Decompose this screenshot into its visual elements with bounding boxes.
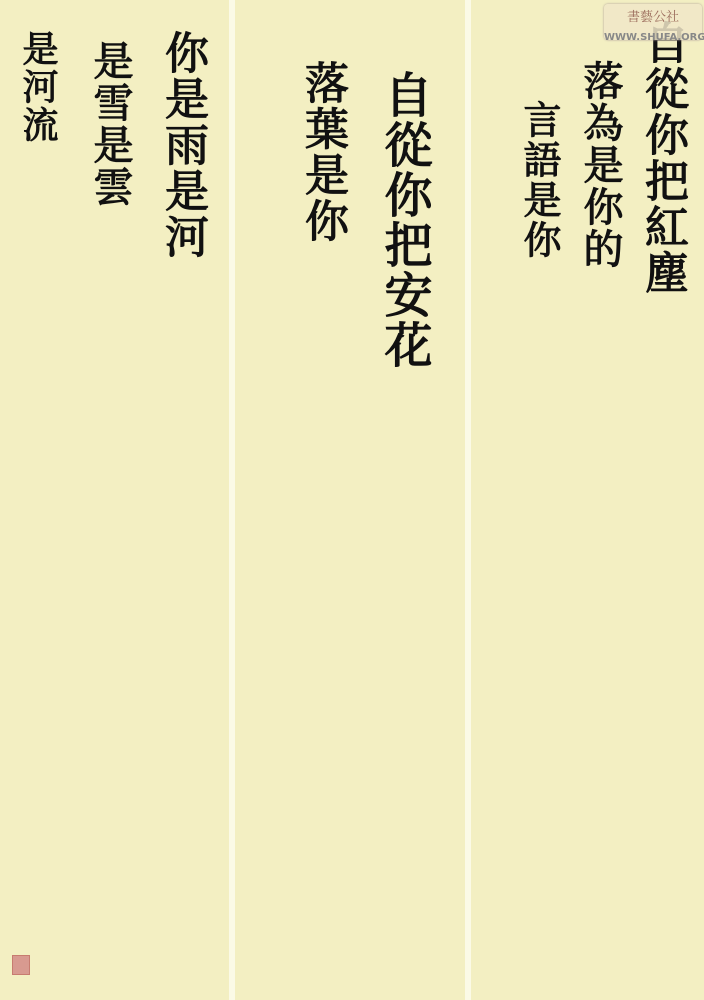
watermark-url: WWW.SHUFA.ORG [604,32,704,43]
watermark: 書藝公社 WWW.SHUFA.ORG [604,4,702,40]
artist-seal [12,955,30,975]
watermark-title: 書藝公社 [604,6,702,25]
calligraphy-column: 言語是你 [520,100,558,260]
calligraphy-column: 落葉是你 [300,60,344,244]
calligraphy-column: 是雪是雲 [90,40,130,208]
calligraphy-column: 你是雨是河 [160,30,204,260]
calligraphy-column: 自從你把安花 [380,70,428,370]
calligraphy-column: 自從你把紅塵 [640,20,684,296]
calligraphy-column: 是河流 [20,30,56,144]
calligraphy-column: 落為是你的 [580,60,620,270]
